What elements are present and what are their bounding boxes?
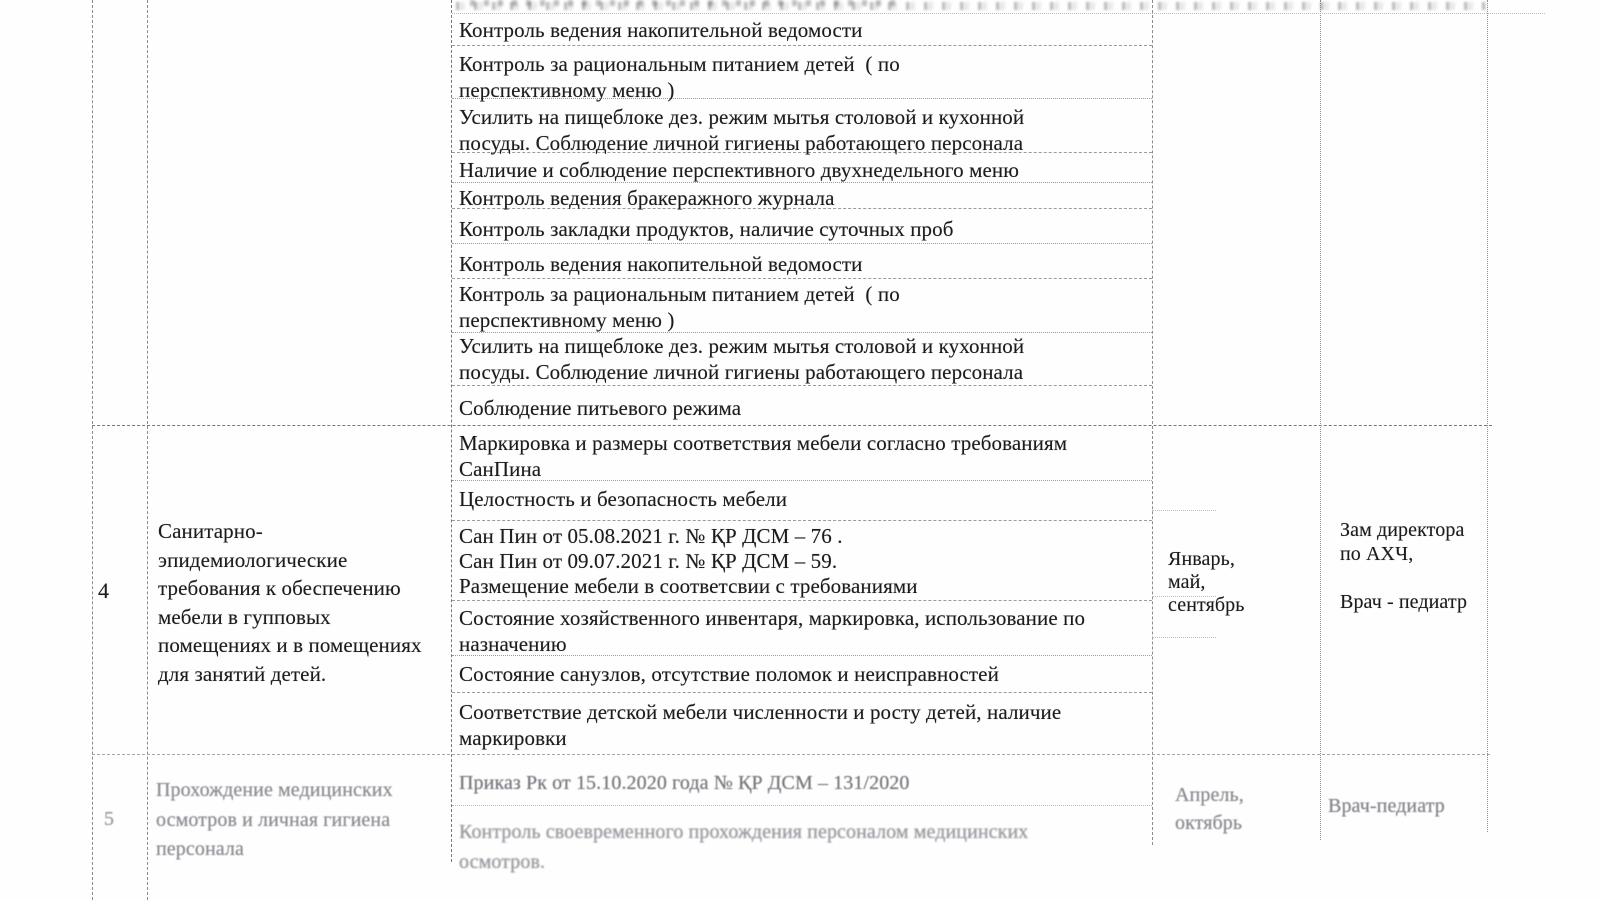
row-separator bbox=[452, 243, 1152, 244]
table-left-border bbox=[92, 0, 93, 900]
activity-cell: Маркировка и размеры соответствия мебели… bbox=[459, 430, 1159, 482]
row-separator bbox=[452, 385, 1152, 386]
table-right-border bbox=[1487, 0, 1488, 832]
activity-cell: Контроль за рациональным питанием детей … bbox=[459, 281, 1159, 333]
activity-cell: Сан Пин от 05.08.2021 г. № ҚР ДСМ – 76 .… bbox=[459, 524, 1159, 599]
activity-cell: Целостность и безопасность мебели bbox=[459, 486, 1159, 512]
row-separator bbox=[452, 45, 1152, 46]
responsible-column-border bbox=[1320, 0, 1321, 840]
activity-cell: Контроль закладки продуктов, наличие сут… bbox=[459, 216, 1159, 242]
activity-cell: Соблюдение питьевого режима bbox=[459, 395, 1159, 421]
row-separator bbox=[452, 600, 1152, 601]
row-separator bbox=[452, 805, 1152, 806]
activity-cell: Состояние санузлов, отсутствие поломок и… bbox=[459, 661, 1159, 687]
activity-cell: Контроль ведения накопительной ведомости bbox=[459, 251, 1159, 277]
activity-cell: Усилить на пищеблоке дез. режим мытья ст… bbox=[459, 104, 1159, 156]
description-column-border bbox=[451, 0, 452, 862]
row-separator bbox=[452, 278, 1152, 279]
row-number: 5 bbox=[104, 806, 134, 832]
description-cell: Прохождение медицинских осмотров и лична… bbox=[156, 776, 456, 865]
number-column-border bbox=[147, 0, 148, 900]
responsible-cell: Врач-педиатр bbox=[1328, 793, 1488, 819]
section-separator bbox=[92, 754, 1490, 755]
tick-fragment bbox=[1152, 637, 1216, 638]
row-separator bbox=[452, 520, 1152, 521]
activity-cell: Соответствие детской мебели численности … bbox=[459, 699, 1159, 751]
section-separator bbox=[92, 425, 1492, 426]
activity-cell: Контроль своевременного прохождения перс… bbox=[459, 817, 1159, 877]
activity-cell: Контроль за рациональным питанием детей … bbox=[459, 51, 1159, 103]
activity-cell: Состояние хозяйственного инвентаря, марк… bbox=[459, 605, 1159, 657]
scanned-document-page: Контроль ведения накопительной ведомости… bbox=[0, 0, 1600, 900]
row-number: 4 bbox=[98, 578, 138, 604]
tick-fragment bbox=[1152, 510, 1216, 511]
row-separator bbox=[452, 692, 1152, 693]
description-cell: Санитарно- эпидемиологические требования… bbox=[158, 517, 453, 688]
row-separator bbox=[452, 13, 1545, 14]
responsible-cell: Зам директора по АХЧ, Врач - педиатр bbox=[1340, 518, 1490, 614]
activity-cell: Контроль ведения бракеражного журнала bbox=[459, 185, 1159, 211]
activity-cell: Приказ Рк от 15.10.2020 года № ҚР ДСМ – … bbox=[459, 770, 1159, 796]
activity-cell: Усилить на пищеблоке дез. режим мытья ст… bbox=[459, 333, 1159, 385]
months-cell: Апрель, октябрь bbox=[1175, 781, 1305, 837]
months-cell: Январь, май, сентябрь bbox=[1168, 548, 1308, 617]
activity-cell: Контроль ведения накопительной ведомости bbox=[459, 17, 1159, 43]
illegible-smudge bbox=[470, 0, 900, 6]
activity-cell: Наличие и соблюдение перспективного двух… bbox=[459, 157, 1159, 183]
